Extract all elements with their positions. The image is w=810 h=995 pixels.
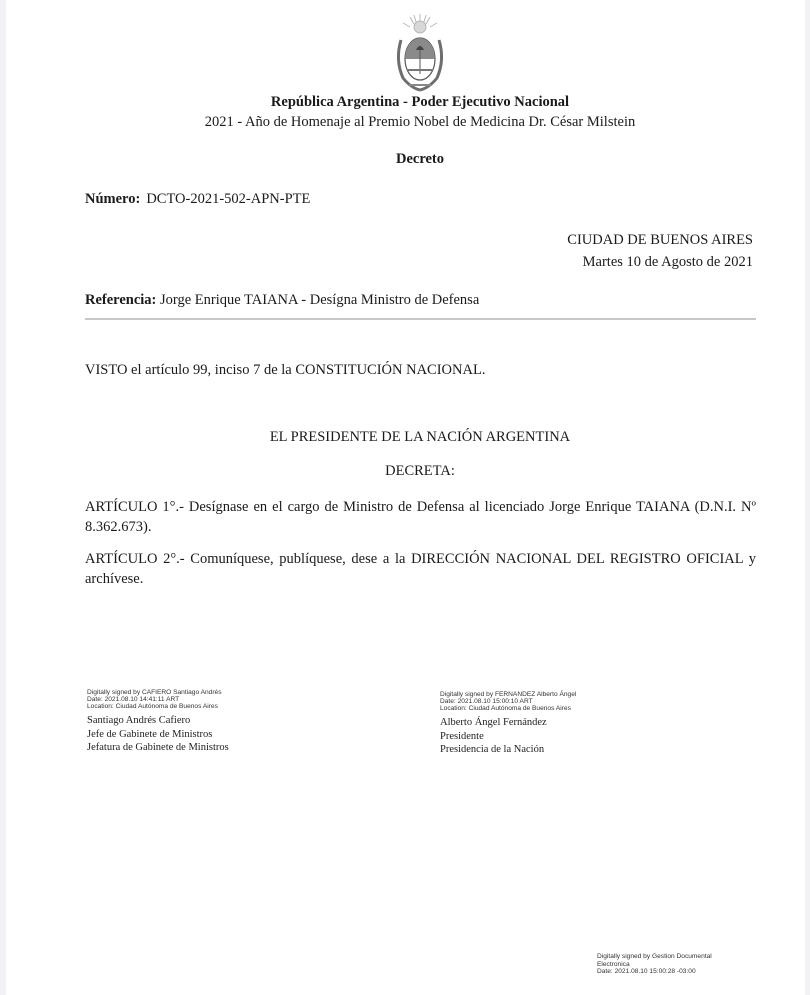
signature-block-fernandez: Digitally signed by FERNANDEZ Alberto Án…: [440, 691, 576, 757]
article-2: ARTÍCULO 2°.- Comuníquese, publíquese, d…: [85, 549, 756, 589]
decreta-heading: DECRETA:: [0, 463, 810, 480]
signer-role: Jefe de Gabinete de Ministros: [87, 728, 229, 742]
article-1: ARTÍCULO 1°.- Desígnase en el cargo de M…: [85, 497, 756, 537]
header-title: República Argentina - Poder Ejecutivo Na…: [0, 94, 810, 111]
signature-location: Location: Ciudad Autónoma de Buenos Aire…: [87, 703, 229, 710]
document-number-label: Número:: [85, 191, 140, 207]
page-edge-right: [805, 0, 810, 995]
signer-name: Santiago Andrés Cafiero: [87, 714, 229, 728]
signer-office: Presidencia de la Nación: [440, 743, 576, 757]
document-number: Número:DCTO-2021-502-APN-PTE: [85, 191, 310, 208]
signature-block-cafiero: Digitally signed by CAFIERO Santiago And…: [87, 689, 229, 755]
reference-value: Jorge Enrique TAIANA - Desígna Ministro …: [160, 292, 479, 308]
gde-signed-by-cont: Electronica: [597, 961, 712, 969]
gde-signature-stamp: Digitally signed by Gestion Documental E…: [597, 953, 712, 976]
signature-signed-by: Digitally signed by CAFIERO Santiago And…: [87, 689, 229, 696]
argentina-coat-of-arms-icon: [393, 12, 447, 94]
signature-date: Date: 2021.08.10 15:00:10 ART: [440, 698, 576, 705]
visto-paragraph: VISTO el artículo 99, inciso 7 de la CON…: [85, 362, 485, 379]
document-number-value: DCTO-2021-502-APN-PTE: [146, 191, 310, 207]
gde-date: Date: 2021.08.10 15:00:28 -03:00: [597, 968, 712, 976]
signer-name: Alberto Ángel Fernández: [440, 716, 576, 730]
document-place: CIUDAD DE BUENOS AIRES: [567, 232, 753, 249]
document-date: Martes 10 de Agosto de 2021: [583, 254, 753, 271]
document-type: Decreto: [0, 151, 810, 168]
reference-label: Referencia:: [85, 292, 156, 308]
signer-role: Presidente: [440, 730, 576, 744]
divider: [85, 318, 756, 320]
signer-office: Jefatura de Gabinete de Ministros: [87, 741, 229, 755]
signature-location: Location: Ciudad Autónoma de Buenos Aire…: [440, 705, 576, 712]
gde-signed-by: Digitally signed by Gestion Documental: [597, 953, 712, 961]
signature-signed-by: Digitally signed by FERNANDEZ Alberto Án…: [440, 691, 576, 698]
president-heading: EL PRESIDENTE DE LA NACIÓN ARGENTINA: [0, 429, 810, 446]
signature-date: Date: 2021.08.10 14:41:11 ART: [87, 696, 229, 703]
page-edge-left: [0, 0, 6, 995]
header-subtitle: 2021 - Año de Homenaje al Premio Nobel d…: [0, 114, 810, 131]
reference: Referencia: Jorge Enrique TAIANA - Desíg…: [85, 292, 479, 309]
